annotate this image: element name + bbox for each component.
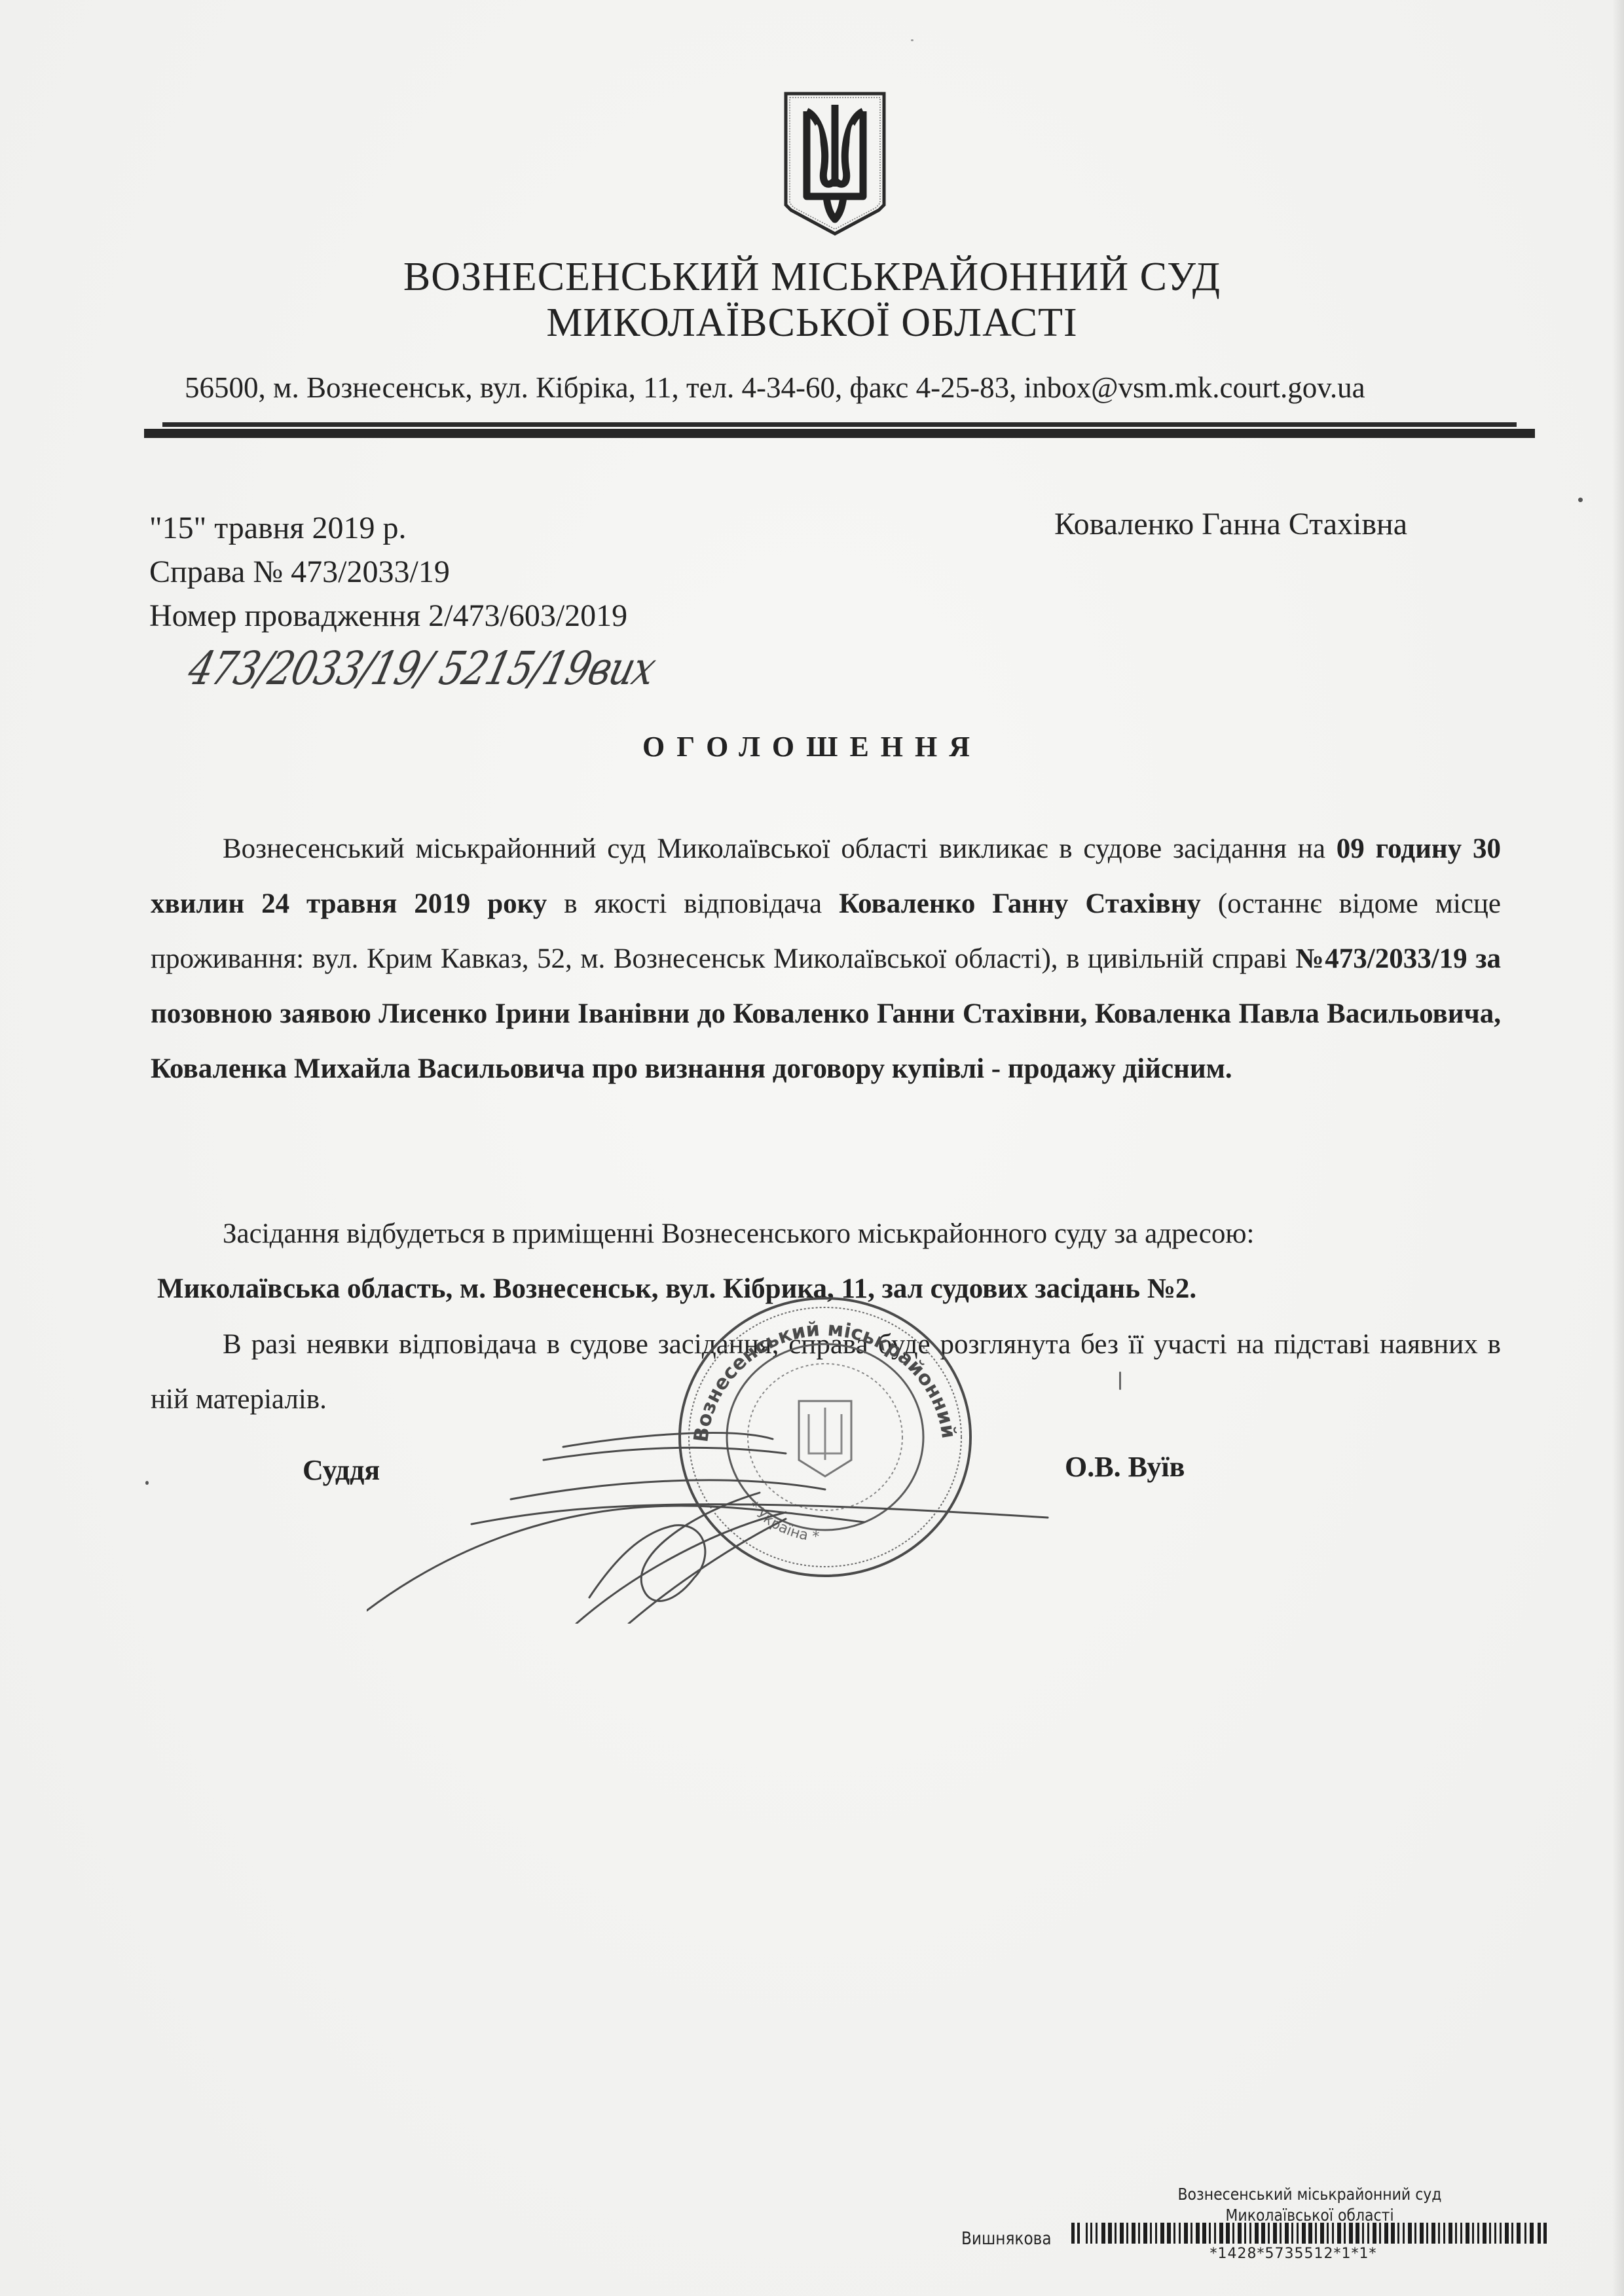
handwritten-outgoing-number: 473/2033/19/ 5215/19вих — [183, 642, 661, 695]
scan-speck — [1578, 498, 1583, 502]
registry-clerk-name: Вишнякова — [961, 2229, 1052, 2249]
venue-text: Засідання відбудеться в приміщенні Возне… — [223, 1218, 1254, 1249]
proceeding-number: Номер провадження 2/473/603/2019 — [149, 600, 627, 632]
barcode-number: *1428*5735512*1*1* — [1087, 2246, 1500, 2259]
document-title: ОГОЛОШЕННЯ — [0, 730, 1624, 763]
venue-address: Миколаївська область, м. Вознесенськ, ву… — [85, 1262, 1196, 1317]
summons-text: Вознесенський міськрайонний суд Миколаїв… — [223, 833, 1337, 864]
judge-signature — [367, 1362, 1087, 1624]
registry-court-line1: Вознесенський міськрайонний суд — [1149, 2185, 1471, 2204]
judge-name: О.В. Вуїв — [1065, 1450, 1185, 1484]
registry-court-line2: Миколаївської області — [1149, 2206, 1471, 2225]
scan-speck — [1119, 1372, 1121, 1390]
scan-speck — [145, 1481, 149, 1485]
header-divider-thick — [144, 429, 1535, 438]
court-name-line1: ВОЗНЕСЕНСЬКИЙ МІСЬКРАЙОННИЙ СУД — [0, 257, 1624, 297]
court-name-line2: МИКОЛАЇВСЬКОЇ ОБЛАСТІ — [0, 302, 1624, 343]
scan-speck — [911, 39, 913, 41]
summons-paragraph: Вознесенський міськрайонний суд Миколаїв… — [151, 822, 1501, 1097]
defendant-name: Коваленко Ганну Стахівну — [839, 888, 1201, 919]
summons-text: в якості відповідача — [547, 888, 839, 919]
scan-edge-shadow — [1612, 0, 1624, 2296]
coat-of-arms-of-ukraine-icon — [781, 88, 889, 239]
judge-role-label: Суддя — [303, 1453, 380, 1487]
barcode-icon — [1071, 2223, 1547, 2244]
header-divider-thin — [162, 422, 1517, 427]
addressee-name: Коваленко Ганна Стахівна — [1054, 506, 1407, 542]
case-number: Справа № 473/2033/19 — [149, 556, 450, 588]
document-date: "15" травня 2019 р. — [149, 513, 406, 544]
court-address: 56500, м. Вознесенськ, вул. Кібріка, 11,… — [185, 371, 1514, 405]
